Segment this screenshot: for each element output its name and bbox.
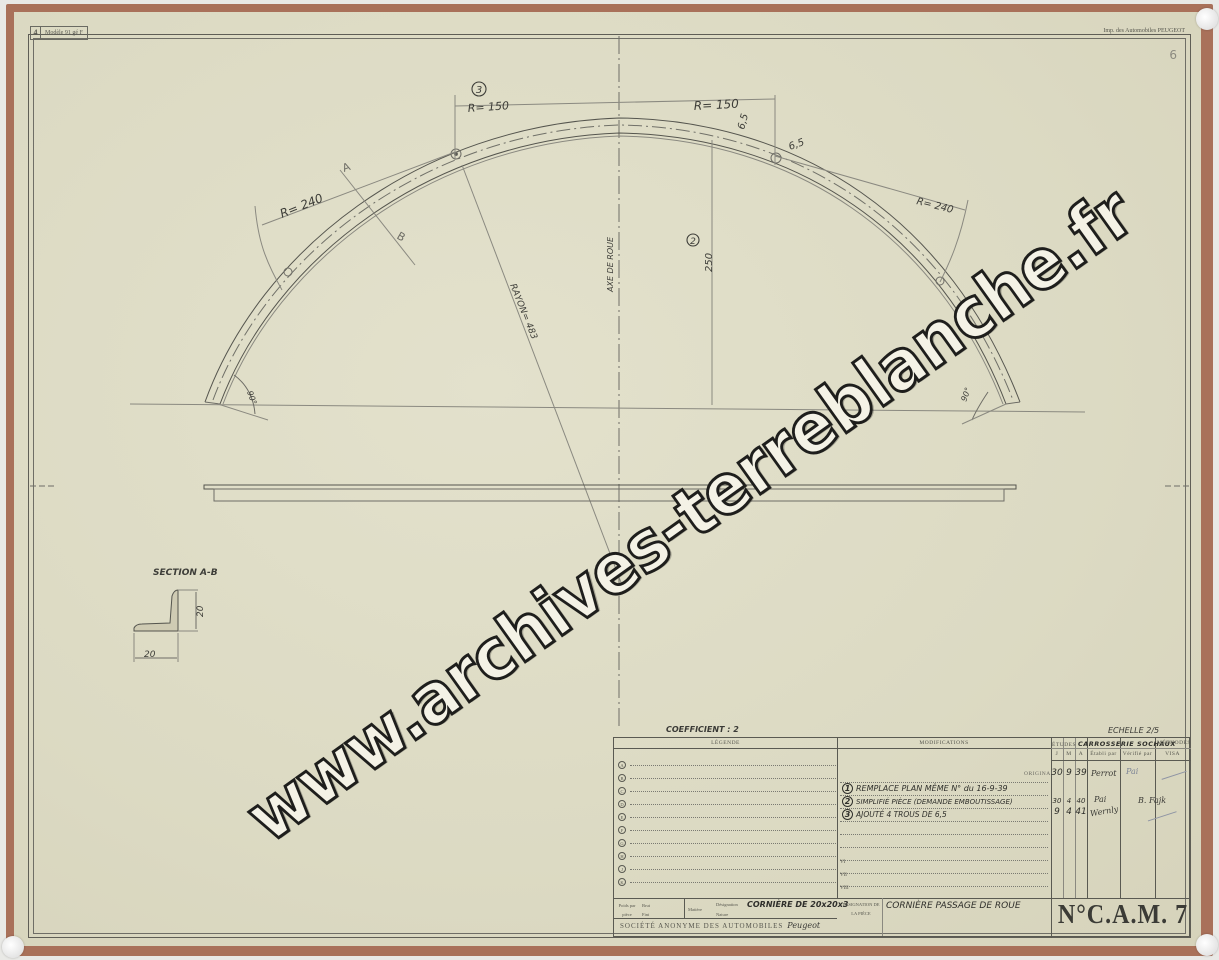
material-designation-label: Désignation	[716, 900, 738, 909]
legend-row-j: J	[618, 860, 836, 873]
peugeot-brand: Peugeot	[787, 921, 820, 930]
row-vi: VI	[840, 860, 845, 865]
modifications-header: MODIFICATIONS	[837, 740, 1051, 746]
col-etabli: Établi par	[1087, 751, 1120, 757]
col-verifie: Vérifié par	[1120, 751, 1155, 757]
dim-hole-2: 6,5	[787, 137, 806, 153]
base-line	[130, 404, 1085, 412]
section-cut-line	[340, 170, 415, 265]
legend-row-h: H	[618, 847, 836, 860]
hole-3	[771, 153, 781, 163]
legend-header: LÉGENDE	[614, 740, 837, 746]
entry-1-a: 39	[1075, 768, 1087, 778]
entry-3-a: 41	[1075, 807, 1087, 817]
mod-marker-2: 2	[690, 237, 696, 247]
hole-1	[284, 268, 292, 276]
col-visa: VISA	[1155, 751, 1190, 757]
axis-label: AXE DE ROUE	[606, 236, 615, 293]
entry-2-a: 40	[1075, 797, 1087, 805]
entry-2-m: 4	[1063, 797, 1075, 805]
col-a: A	[1075, 751, 1087, 757]
entry-1-verifie: Pai	[1126, 767, 1138, 776]
section-title: SECTION A-B	[153, 568, 218, 578]
row-vii: VII	[840, 873, 847, 878]
legend-row-e: E	[618, 808, 836, 821]
legend-row-c: C	[618, 782, 836, 795]
weight-brut: Brut	[642, 901, 650, 910]
studies-header: ÉTUDES CARROSSERIE SOCHAUX	[1052, 740, 1156, 748]
dim-hole-1: 6,5	[736, 113, 751, 131]
entry-3-j: 9	[1051, 807, 1063, 817]
drawing-number: N°C.A.M. 7	[1055, 893, 1191, 939]
legend-row-d: D	[618, 795, 836, 808]
mod-marker-3: 3	[476, 85, 482, 96]
side-view-flange	[204, 485, 1016, 489]
methods-header: MÉTHODES	[1157, 740, 1191, 746]
dim-rayon: RAYON= 483	[507, 282, 539, 341]
title-block: LÉGENDE MODIFICATIONS ÉTUDES CARROSSERIE…	[613, 737, 1190, 937]
col-j: J	[1051, 751, 1063, 757]
modification-2: 2SIMPLIFIÉ PIÈCE (DEMANDE EMBOUTISSAGE)	[842, 796, 1013, 807]
original-label: ORIGINAL	[1024, 771, 1055, 777]
dim-r150-right: R= 150	[693, 97, 739, 113]
entry-1-m: 9	[1063, 768, 1075, 778]
material-nature-label: Nature	[716, 910, 728, 919]
modification-1: 1REMPLACE PLAN MÊME N° du 16-9-39	[842, 783, 1008, 794]
entry-3-visa-stamp	[1145, 804, 1176, 822]
material-designation: CORNIÈRE DE 20x20x3	[747, 900, 848, 909]
dim-r150-left: R= 150	[467, 99, 509, 115]
modification-3: 3AJOUTÉ 4 TROUS DE 6,5	[842, 809, 947, 820]
entry-3-m: 4	[1063, 807, 1075, 817]
row-viii: VIII	[840, 886, 849, 891]
dim-r240-left: R= 240	[278, 191, 325, 221]
section-width: 20	[144, 650, 156, 660]
legend-row-k: K	[618, 873, 836, 886]
entry-3-etabli: Wernly	[1089, 805, 1118, 819]
legend-row-b: B	[618, 769, 836, 782]
weight-label: Poids par pièce	[618, 901, 636, 919]
entry-2-j: 30	[1051, 797, 1063, 805]
section-profile	[134, 590, 178, 631]
rayon-line	[462, 165, 622, 585]
weight-fini: Fini	[642, 910, 649, 919]
entry-2-etabli: Pai	[1094, 795, 1106, 804]
legend-row-g: G	[618, 834, 836, 847]
entry-1-visa-stamp	[1159, 764, 1186, 780]
entry-3-verifie: B. Fajk	[1138, 796, 1166, 805]
coefficient: COEFFICIENT : 2	[666, 725, 739, 734]
part-designation-label: DÉSIGNATION DE LA PIÈCE	[841, 900, 881, 918]
part-name: CORNIÈRE PASSAGE DE ROUE	[886, 901, 1021, 911]
col-m: M	[1063, 751, 1075, 757]
section-height: 20	[196, 605, 206, 617]
entry-1-j: 30	[1051, 768, 1063, 778]
scale: ECHELLE 2/5	[1108, 726, 1159, 735]
entry-1-etabli: Perrot	[1091, 769, 1116, 778]
material-label: Matière	[688, 905, 702, 914]
angle-left: 90°	[245, 390, 258, 406]
legend-row-a: A	[618, 756, 836, 769]
dim-r240-right: R= 240	[915, 196, 954, 216]
angle-right: 90°	[959, 386, 972, 402]
legend-row-f: F	[618, 821, 836, 834]
company-name: SOCIÉTÉ ANONYME DES AUTOMOBILESPeugeot	[620, 921, 820, 930]
dim-250: 250	[704, 253, 715, 272]
side-view-body	[214, 489, 1004, 501]
